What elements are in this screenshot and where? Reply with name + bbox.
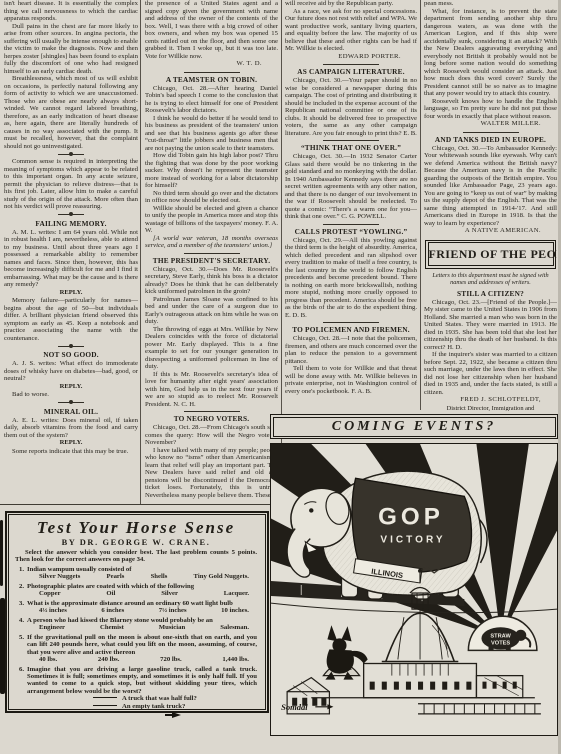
- choice: A truck that was half full?: [122, 695, 197, 702]
- option: Copper: [39, 590, 61, 598]
- option: 1,440 lbs.: [222, 656, 249, 664]
- letter-paragraph: Willkie should be elected and given a ch…: [145, 205, 278, 235]
- letter-paragraph: Memory failure—particularly for names—be…: [4, 297, 138, 342]
- question-text: Indian wampum usually consisted of: [27, 566, 257, 573]
- letter-paragraph: Chicago, Oct. 30.—To Ambassador Kennedy:…: [424, 145, 557, 228]
- letter-signature: A NATIVE AMERICAN.: [424, 227, 557, 236]
- letter-paragraph: A. M. L. writes: I am 64 years old. Whil…: [4, 229, 138, 289]
- cartoon-drawing: STRAW VOTES: [270, 443, 558, 736]
- letter-paragraph: Chicago, Oct. 28.—From Chicago's south s…: [145, 424, 278, 447]
- scan-smudge: [0, 598, 5, 694]
- quiz-title: Test Your Horse Sense: [15, 518, 257, 537]
- goblin-figure: [323, 625, 367, 679]
- option: 7½ inches: [159, 607, 187, 615]
- headline-teamster-on-tobin: A TEAMSTER ON TOBIN.: [145, 75, 278, 84]
- railing: [418, 704, 541, 714]
- letter-paragraph: Chicago, Oct. 23.—[Friend of the People.…: [424, 299, 557, 352]
- quiz-options-5: 40 lbs. 240 lbs. 720 lbs. 1,440 lbs.: [15, 656, 257, 664]
- letter-paragraph: isn't heart disease. It is essentially t…: [4, 0, 138, 23]
- svg-text:Somdal: Somdal: [281, 702, 308, 712]
- option: Musician: [159, 624, 185, 632]
- headline-presidents-secretary: THE PRESIDENT'S SECRETARY.: [145, 256, 278, 265]
- quiz-choice-line: An empty tank truck?: [15, 703, 257, 710]
- cartoon-title: COMING EVENTS?: [273, 417, 556, 437]
- option: 4½ inches: [39, 607, 67, 615]
- option: Lacquer.: [224, 590, 249, 598]
- quiz-question-4: 4. A person who had kissed the Blarney s…: [15, 617, 257, 624]
- question-text: A person who had kissed the Blarney ston…: [27, 617, 257, 624]
- quiz-options-1: Silver Nuggets Pearls Shells Tiny Gold N…: [15, 573, 257, 581]
- letter-paragraph: If the inquirer's sister was married to …: [424, 351, 557, 396]
- straw-label: STRAW: [490, 633, 511, 639]
- question-number: 4.: [15, 617, 24, 624]
- letter-paragraph: A. E. L. writes: Does mineral oil, if ta…: [4, 417, 138, 440]
- quiz-question-6: 6. Imagine that you are driving a large …: [15, 666, 257, 696]
- editorial-cartoon: COMING EVENTS?: [270, 414, 558, 736]
- option: Tiny Gold Nuggets.: [194, 573, 249, 581]
- option: 10 inches.: [221, 607, 249, 615]
- section-divider: [184, 253, 240, 254]
- ornament-divider: [58, 214, 84, 215]
- ornament-divider: [58, 154, 84, 155]
- horse-sense-quiz-box: Test Your Horse Sense BY DR. GEORGE W. C…: [5, 511, 269, 713]
- headline-to-policemen-and-firemen: TO POLICEMEN AND FIREMEN.: [285, 325, 417, 334]
- letter-paragraph: I have talked with many of my people; pe…: [145, 447, 278, 500]
- letter-paragraph: Patrolman James Sloane was confined to h…: [145, 296, 278, 326]
- letter-paragraph: Bad to worse.: [4, 391, 138, 399]
- section-heading-mineral-oil: MINERAL OIL.: [4, 407, 138, 416]
- question-number: 2.: [15, 583, 24, 590]
- section-divider: [463, 132, 519, 133]
- option: 240 lbs.: [98, 656, 120, 664]
- headline-to-negro-voters: TO NEGRO VOTERS.: [145, 414, 278, 423]
- quiz-instructions: Select the answer which you consider bes…: [15, 549, 257, 564]
- headline-as-campaign-literature: AS CAMPAIGN LITERATURE.: [285, 67, 417, 76]
- option: 720 lbs.: [160, 656, 182, 664]
- letter-paragraph: What, for instance, is to prevent the st…: [424, 8, 557, 98]
- letter-paragraph: will receive aid by the Republican party…: [285, 0, 417, 8]
- official-title-line: District Director, Immigration and: [424, 405, 557, 412]
- letter-paragraph: Breathlessness, which most of us will ex…: [4, 75, 138, 150]
- column-divider: [140, 0, 141, 504]
- column-letters-1: the presence of a United States agent an…: [145, 0, 278, 503]
- letter-paragraph: Tell them to vote for Willkie and that t…: [285, 365, 417, 395]
- question-number: 3.: [15, 600, 24, 607]
- ornament-divider: [58, 402, 84, 403]
- question-text: Photographic plates are coated with whic…: [27, 583, 257, 590]
- letter-paragraph: Dull pains in the chest are far more lik…: [4, 23, 138, 76]
- section-divider: [323, 64, 379, 65]
- option: Chemist: [100, 624, 124, 632]
- question-text: If the gravitational pull on the moon is…: [27, 634, 257, 656]
- letter-paragraph: As a race, we ask for no special concess…: [285, 8, 417, 53]
- letter-paragraph: Chicago, Oct. 30.—In 1932 Senator Carter…: [285, 153, 417, 221]
- question-text: What is the approximate distance around …: [27, 600, 257, 607]
- section-rule: [0, 504, 278, 505]
- letter-paragraph: Some reports indicate that this may be t…: [4, 448, 138, 456]
- quiz-question-3: 3. What is the approximate distance arou…: [15, 600, 257, 607]
- gop-elephant: GOP VICTORY ILLINOIS: [287, 471, 487, 599]
- option: Silver Nuggets: [39, 573, 80, 581]
- headline-think-that-one-over: “THINK THAT ONE OVER.”: [285, 143, 417, 152]
- reply-label: REPLY.: [4, 383, 138, 392]
- editor-note: [A world war veteran, 18 months overseas…: [145, 235, 278, 250]
- option: Pearls: [107, 573, 125, 581]
- letter-paragraph: Common sense is required in interpreting…: [4, 158, 138, 211]
- answer-blank: [93, 705, 117, 706]
- letter-paragraph: Chicago, Oct. 28.—After hearing Daniel T…: [145, 85, 278, 115]
- letter-paragraph: A. J. S. writes: What effect do immodera…: [4, 360, 138, 383]
- section-heading-failing-memory: FAILING MEMORY.: [4, 219, 138, 228]
- quiz-inner-frame: Test Your Horse Sense BY DR. GEORGE W. C…: [8, 514, 266, 710]
- choice: An empty tank truck?: [122, 703, 185, 710]
- column-divider: [420, 0, 421, 410]
- section-divider: [323, 322, 379, 323]
- question-number: 6.: [15, 666, 24, 696]
- letter-paragraph: Chicago, Oct. 28.—I note that the police…: [285, 335, 417, 365]
- section-divider: [184, 411, 240, 412]
- letter-paragraph: Roosevelt knows how to handle the Englis…: [424, 98, 557, 121]
- section-divider: [323, 224, 379, 225]
- official-signature: FRED J. SCHLOTFELDT,: [424, 396, 557, 405]
- letter-paragraph: Chicago, Oct. 29.—All this yowling again…: [285, 237, 417, 320]
- gop-label: GOP: [378, 504, 444, 531]
- letter-paragraph: Chicago, Oct. 30.—Your paper should in n…: [285, 77, 417, 137]
- letter-signature: WALTER MILLER.: [424, 120, 557, 129]
- headline-still-a-citizen: STILL A CITIZEN?: [424, 289, 557, 298]
- option: Oil: [106, 590, 115, 598]
- votes-label: VOTES: [491, 640, 510, 646]
- headline-and-tanks-died-in-europe: AND TANKS DIED IN EUROPE.: [424, 135, 557, 144]
- option: Silver: [161, 590, 178, 598]
- letter-paragraph: Chicago, Oct. 30.—Does Mr. Roosevelt's s…: [145, 266, 278, 296]
- question-number: 5.: [15, 634, 24, 656]
- department-note: Letters to this department must be signe…: [424, 272, 557, 287]
- option: 6 inches: [101, 607, 124, 615]
- scan-smudge: [0, 520, 3, 586]
- option: 40 lbs.: [39, 656, 57, 664]
- reply-label: REPLY.: [4, 289, 138, 298]
- cartoon-svg: STRAW VOTES: [271, 444, 557, 735]
- option: Shells: [151, 573, 168, 581]
- letter-signature: W. T. D.: [145, 60, 278, 69]
- section-divider: [323, 140, 379, 141]
- section-divider: [184, 72, 240, 73]
- quiz-choice-line: A truck that was half full?: [15, 695, 257, 703]
- friend-of-the-people-box: FRIEND OF THE PEOPLE: [425, 240, 556, 269]
- question-number: 1.: [15, 566, 24, 573]
- capitol-windows: [370, 682, 472, 690]
- headline-calls-protest-yowling: CALLS PROTEST “YOWLING.”: [285, 227, 417, 236]
- letter-paragraph: pean mess.: [424, 0, 557, 8]
- letter-paragraph: I think he would do better if he would t…: [145, 115, 278, 153]
- option: Engineer: [39, 624, 65, 632]
- ornament-divider: [58, 346, 84, 347]
- cartoon-title-box: COMING EVENTS?: [270, 414, 558, 439]
- answer-blank: [93, 697, 117, 698]
- quiz-question-1: 1. Indian wampum usually consisted of: [15, 566, 257, 573]
- section-heading-not-so-good: NOT SO GOOD.: [4, 350, 138, 359]
- letter-paragraph: If this is Mr. Roosevelt's secretary's i…: [145, 371, 278, 409]
- letter-paragraph: the presence of a United States agent an…: [145, 0, 278, 60]
- printer-mark: [172, 712, 181, 718]
- reply-label: REPLY.: [4, 439, 138, 448]
- quiz-options-2: Copper Oil Silver Lacquer.: [15, 590, 257, 598]
- friend-of-the-people-title: FRIEND OF THE PEOPLE: [428, 242, 554, 266]
- column-letters-3: pean mess. What, for instance, is to pre…: [424, 0, 557, 411]
- quiz-options-3: 4½ inches 6 inches 7½ inches 10 inches.: [15, 607, 257, 615]
- letter-signature: EDWARD PORTER.: [285, 53, 417, 62]
- letter-paragraph: The throwing of eggs at Mrs. Willkie by …: [145, 326, 278, 371]
- letter-paragraph: How did Tobin gain his high labor post? …: [145, 152, 278, 190]
- elephant-eye: [309, 508, 313, 512]
- column-health-advice: isn't heart disease. It is essentially t…: [4, 0, 138, 503]
- question-text: Imagine that you are driving a large gas…: [27, 666, 257, 696]
- victory-label: VICTORY: [380, 535, 445, 546]
- quiz-question-2: 2. Photographic plates are coated with w…: [15, 583, 257, 590]
- quiz-byline: BY DR. GEORGE W. CRANE.: [15, 538, 257, 547]
- option: Salesman.: [220, 624, 249, 632]
- newspaper-page: isn't heart disease. It is essentially t…: [0, 0, 561, 754]
- letter-paragraph: No third term should go over and the dic…: [145, 190, 278, 205]
- quiz-options-4: Engineer Chemist Musician Salesman.: [15, 624, 257, 632]
- quiz-question-5: 5. If the gravitational pull on the moon…: [15, 634, 257, 656]
- column-letters-2: will receive aid by the Republican party…: [285, 0, 417, 441]
